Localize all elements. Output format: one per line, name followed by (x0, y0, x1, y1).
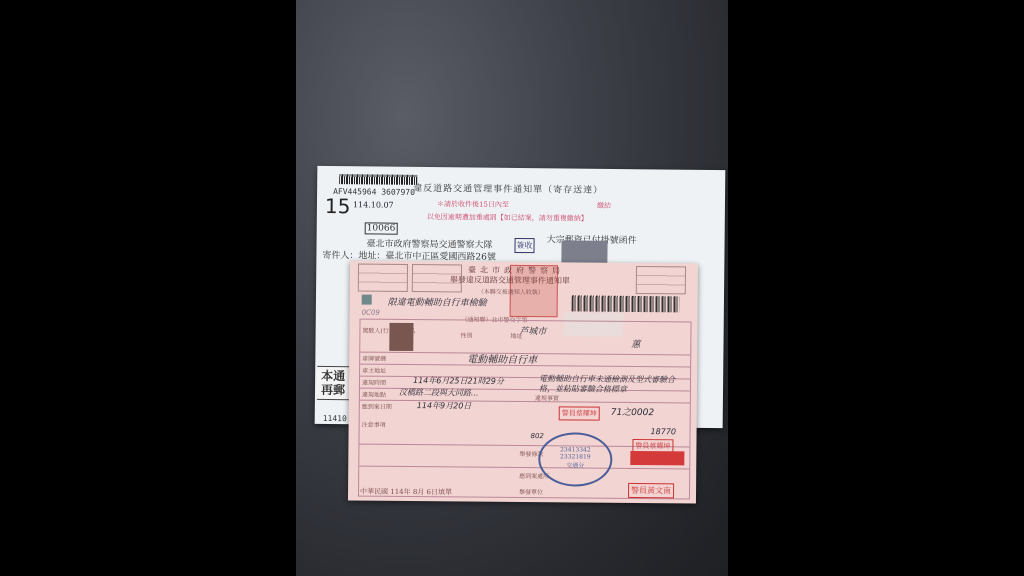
handwritten-violation-location: 汶橋路二段與大同路... (399, 387, 479, 399)
handwritten-address: 芦城市 (519, 324, 546, 337)
red-notice-1: ＊請於收件後15日內至 (437, 199, 509, 210)
blue-sign-stamp: 簽收 (514, 238, 534, 253)
red-officer-stamp-3: 警員黃文南 (628, 483, 674, 498)
ticket-header-copy: （本聯交被通知人收執） (478, 287, 544, 297)
date-stamp: 114.10.07 (353, 200, 394, 209)
bottom-number: 11410 (323, 414, 347, 423)
ticket-header-title: 舉發違反道路交通管理事件通知單 (450, 274, 570, 286)
checkbox-grid-right (636, 266, 686, 294)
handwritten-number: 15 (325, 194, 351, 218)
red-notice-2: 以免因逾期遭加重處罰【如已結案，請勿重複繳納】 (427, 212, 588, 224)
redacted-face (389, 323, 413, 351)
label-violation-time: 違規時間 (362, 378, 386, 387)
handwritten-deadline: 114年9月20日 (417, 400, 472, 411)
handwritten-code: 0C09 (362, 309, 380, 317)
label-plate: 車牌號碼 (362, 354, 386, 363)
handwritten-office-code: 802 (530, 432, 543, 440)
handwritten-amount: 18770 (651, 427, 677, 436)
label-notes: 注意事項 (362, 420, 386, 429)
handwritten-name-mark: 蕙 (631, 337, 640, 350)
handwritten-header: 限違電動輔助自行車檢驗 (388, 295, 487, 309)
label-issuing-unit: 舉發單位 (519, 487, 543, 496)
ticket-barcode (572, 295, 680, 312)
ticket-footer: 中華民國 114年 8月 6日填單 (360, 487, 452, 498)
qr-code (362, 295, 372, 305)
traffic-ticket: 臺北市政府警察局 舉發違反道路交通管理事件通知單 （本聯交被通知人收執） 限違電… (348, 260, 698, 503)
label-gender: 性別 (460, 330, 472, 339)
label-facts: 違規事實 (535, 393, 559, 402)
handwritten-facts: 電動輔助自行車未通檢測及型式審驗合格，並粘貼審驗合格標章 (539, 374, 689, 395)
handwritten-violation-time: 114年6月25日21時29分 (413, 375, 504, 387)
blue-circular-stamp: 23413342 23321819 交通分 (538, 432, 612, 487)
stamp-label: 交通分 (540, 460, 610, 470)
handwritten-vehicle: 電動輔助自行車 (467, 351, 537, 367)
envelope-title: 違反道路交通管理事件通知單（寄存送達） (413, 181, 603, 196)
handwritten-article: 71之0002 (611, 405, 654, 418)
red-officer-stamp: 警員蔡耀坤 (559, 406, 600, 420)
envelope-barcode (339, 174, 417, 185)
label-owner-address: 車主地址 (362, 366, 386, 375)
red-notice-right: 繳結 (597, 201, 611, 211)
label-violation-location: 違規地點 (362, 390, 386, 399)
checkbox-grid-left (358, 264, 408, 292)
red-stamp-block (630, 451, 684, 465)
bottom-notice: 本通 再郵 (317, 366, 350, 400)
label-deadline: 應到案日期 (362, 402, 392, 411)
postal-code: 10066 (365, 222, 398, 234)
